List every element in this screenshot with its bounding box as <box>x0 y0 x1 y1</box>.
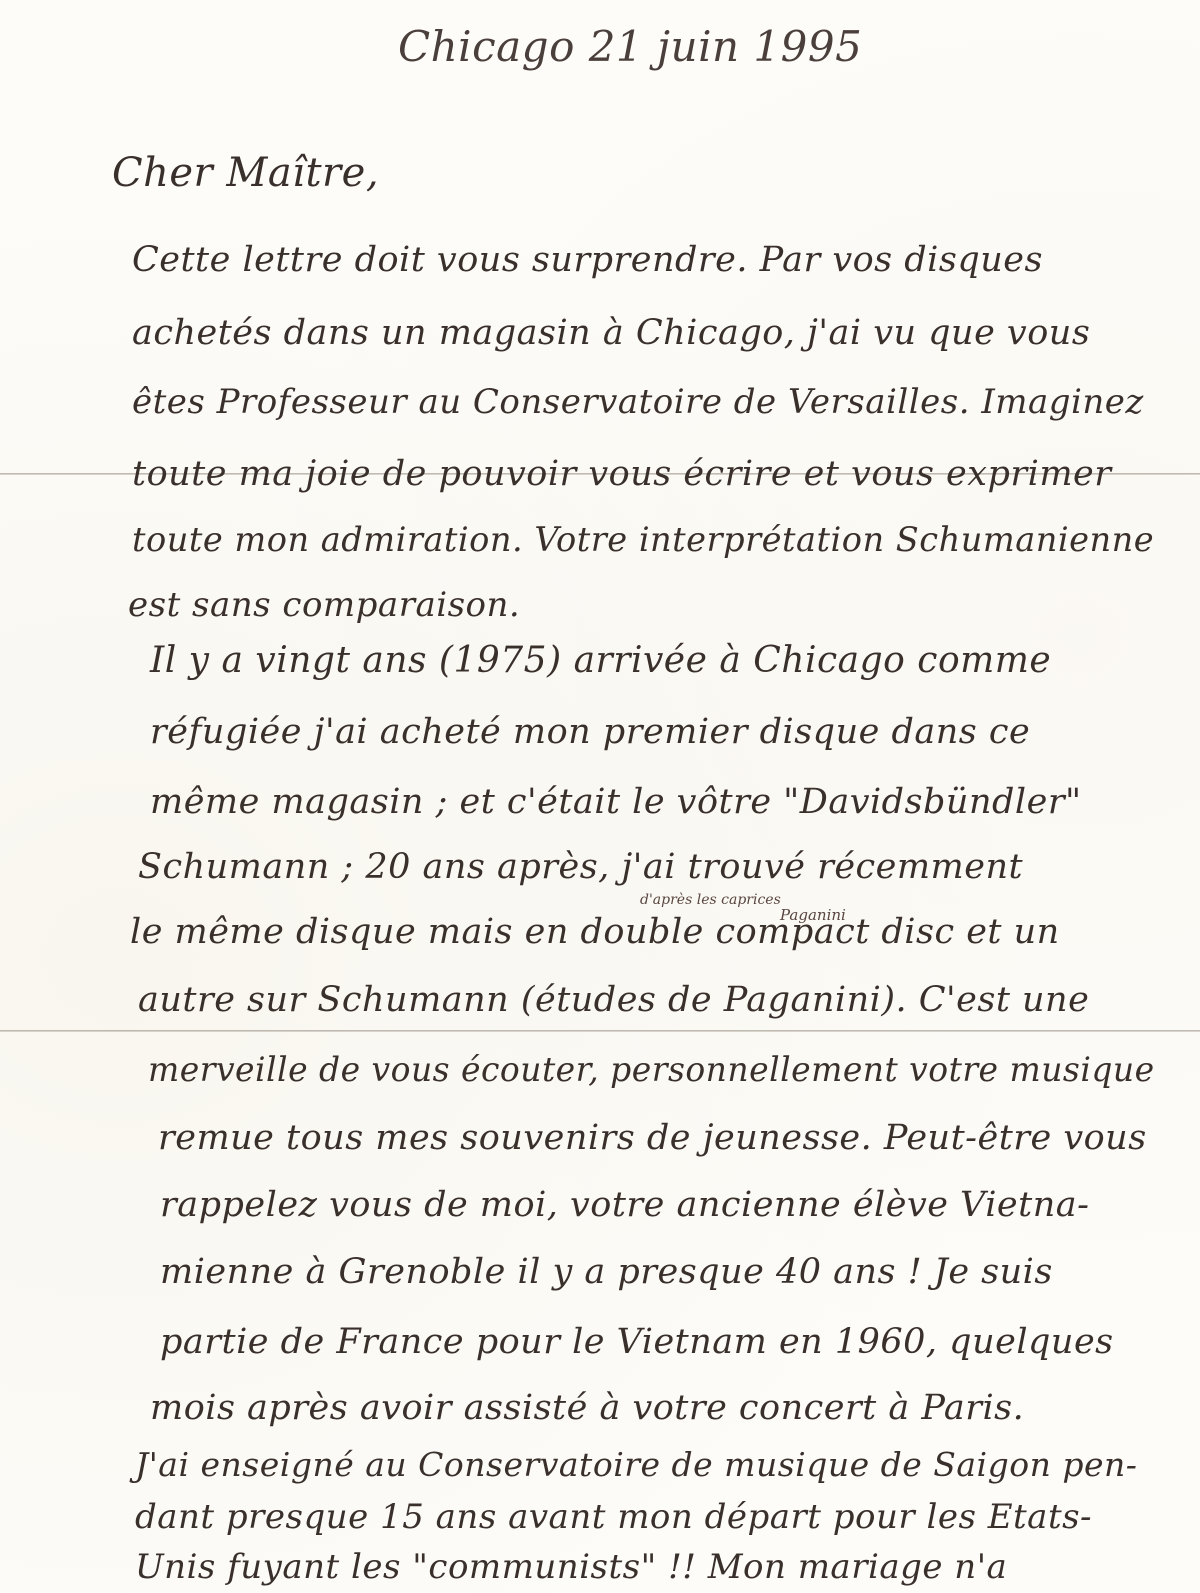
letter-line: est sans comparaison. <box>128 585 520 625</box>
letter-line: êtes Professeur au Conservatoire de Vers… <box>132 382 1144 422</box>
letter-line: Il y a vingt ans (1975) arrivée à Chicag… <box>150 640 1051 681</box>
letter-line: autre sur Schumann (études de Paganini).… <box>138 980 1089 1020</box>
letter-line: réfugiée j'ai acheté mon premier disque … <box>150 712 1030 752</box>
letter-line: achetés dans un magasin à Chicago, j'ai … <box>132 313 1090 353</box>
letter-page: Chicago 21 juin 1995 Cher Maître, Cette … <box>0 0 1200 1593</box>
letter-line: partie de France pour le Vietnam en 1960… <box>160 1322 1114 1362</box>
letter-line: toute ma joie de pouvoir vous écrire et … <box>132 454 1111 494</box>
letter-line: mois après avoir assisté à votre concert… <box>150 1388 1024 1428</box>
letter-line: merveille de vous écouter, personnelleme… <box>148 1050 1155 1090</box>
letter-line: remue tous mes souvenirs de jeunesse. Pe… <box>158 1118 1147 1158</box>
margin-annotation: Paganini <box>780 906 846 924</box>
letter-line: J'ai enseigné au Conservatoire de musiqu… <box>135 1445 1137 1484</box>
letter-line: toute mon admiration. Votre interprétati… <box>132 520 1154 560</box>
letter-line: le même disque mais en double compact di… <box>130 912 1060 952</box>
margin-annotation: d'après les caprices <box>640 892 781 908</box>
paper-fold-line <box>0 1030 1200 1032</box>
letter-line: même magasin ; et c'était le vôtre "Davi… <box>150 782 1082 822</box>
letter-line: Schumann ; 20 ans après, j'ai trouvé réc… <box>138 847 1023 887</box>
letter-dateline: Chicago 21 juin 1995 <box>398 22 862 71</box>
letter-line: rappelez vous de moi, votre ancienne élè… <box>160 1185 1089 1225</box>
letter-salutation: Cher Maître, <box>112 150 379 196</box>
letter-line: Unis fuyant les "communists" !! Mon mari… <box>135 1547 1007 1587</box>
letter-line: dant presque 15 ans avant mon départ pou… <box>135 1497 1092 1537</box>
letter-line: mienne à Grenoble il y a presque 40 ans … <box>160 1252 1053 1292</box>
letter-line: Cette lettre doit vous surprendre. Par v… <box>132 240 1043 280</box>
